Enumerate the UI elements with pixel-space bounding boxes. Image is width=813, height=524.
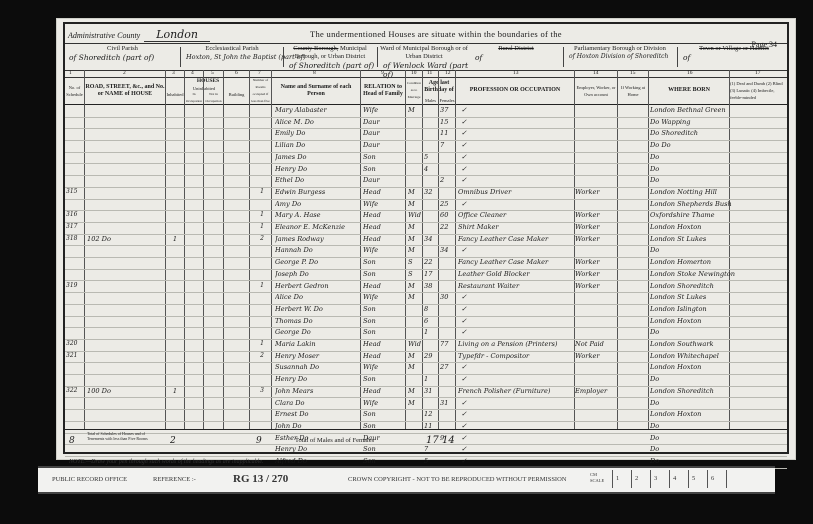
cell-cond: M (408, 363, 424, 371)
cell-inh: 1 (170, 235, 180, 243)
scale-mark: 3 (654, 475, 657, 482)
cell-relation: Wife (363, 293, 403, 301)
cell-cond: M (408, 200, 424, 208)
cell-born: Oxfordshire Thame (650, 211, 756, 219)
check-mark-icon: ✓ (461, 317, 467, 325)
cell-male: 1 (424, 375, 438, 383)
cell-relation: Head (363, 211, 403, 219)
cell-male: 12 (424, 410, 438, 418)
scale-mark: 4 (673, 475, 676, 482)
cell-occ: Fancy Leather Case Maker (458, 235, 574, 243)
cell-male: 17 (424, 270, 438, 278)
total-females: 14 (442, 435, 455, 446)
check-mark-icon: ✓ (461, 200, 467, 208)
cell-rooms: 2 (256, 235, 268, 242)
cell-emp: Employer (575, 387, 615, 395)
totals-row: 8 Total of Schedules of Houses and of Te… (65, 429, 787, 452)
rural-district: Rural District of (471, 43, 561, 70)
archive-footer: PUBLIC RECORD OFFICE REFERENCE :- RG 13 … (38, 466, 775, 494)
cell-female: 31 (440, 399, 454, 407)
cell-born: Do (650, 457, 756, 465)
cell-occ: Restaurant Waiter (458, 282, 574, 290)
col-infirmity: (1) Deaf and Dumb (2) Blind (3) Lunatic … (730, 77, 788, 104)
cell-emp: Worker (575, 235, 615, 243)
cell-sched: 320 (66, 340, 82, 347)
cell-emp: Worker (575, 188, 615, 196)
cell-cond: M (408, 188, 424, 196)
cell-relation: Son (363, 153, 403, 161)
municipal-value: of Shoreditch (part of) (285, 61, 375, 70)
column-number: 6 (235, 70, 238, 76)
cell-relation: Son (363, 258, 403, 266)
cell-emp: Worker (575, 270, 615, 278)
cell-female: 27 (440, 363, 454, 371)
check-mark-icon: ✓ (461, 153, 467, 161)
column-number: 14 (593, 70, 599, 76)
reference-label: REFERENCE :- (153, 476, 196, 483)
cell-relation: Daur (363, 118, 403, 126)
cell-female: 77 (440, 340, 454, 348)
cell-sched: 316 (66, 211, 82, 218)
col-occupation: PROFESSION OR OCCUPATION (456, 77, 574, 104)
census-form: Administrative CountyLondon The undermen… (63, 22, 789, 454)
col-in-occupation: In Occupation (185, 92, 203, 104)
cell-born: London St Lukes (650, 235, 756, 243)
column-headings: No. of Schedule ROAD, STREET, &c., and N… (65, 77, 787, 105)
column-number: 11 (427, 70, 432, 76)
reference-number: RG 13 / 270 (233, 473, 288, 485)
cell-male: 22 (424, 258, 438, 266)
scale-mark: 5 (692, 475, 695, 482)
cell-male: 1 (424, 328, 438, 336)
scale-label: CM SCALE (590, 472, 608, 484)
cell-occ: French Polisher (Furniture) (458, 387, 574, 395)
total-males: 17 (426, 435, 439, 446)
col-born: WHERE BORN (649, 77, 729, 104)
cell-born: Do (650, 328, 756, 336)
total-schedules: 8 (69, 436, 75, 446)
check-mark-icon: ✓ (461, 399, 467, 407)
check-mark-icon: ✓ (461, 375, 467, 383)
cell-born: London Hoxton (650, 410, 756, 418)
cell-born: London Hoxton (650, 223, 756, 231)
copyright-notice: CROWN COPYRIGHT - NOT TO BE REPRODUCED W… (348, 476, 567, 483)
cell-relation: Head (363, 282, 403, 290)
check-mark-icon: ✓ (461, 118, 467, 126)
cell-cond: S (408, 258, 424, 266)
cell-male: 5 (424, 153, 438, 161)
cell-relation: Wife (363, 106, 403, 114)
cell-emp: Worker (575, 282, 615, 290)
parl-label: Parliamentary Borough or Division (565, 45, 675, 53)
cell-occ: Omnibus Driver (458, 188, 574, 196)
cell-cond: M (408, 387, 424, 395)
cell-relation: Son (363, 375, 403, 383)
cell-cond: M (408, 282, 424, 290)
col-not-in-occupation: Not in Occupation (204, 92, 223, 104)
cell-relation: Wife (363, 246, 403, 254)
cell-emp: Worker (575, 352, 615, 360)
col-employer: Employer, Worker, or Own account (575, 77, 617, 104)
col-building: Building (224, 85, 249, 104)
cell-born: Do (650, 153, 756, 161)
scale-mark: 1 (616, 475, 619, 482)
admin-county-value: London (144, 28, 210, 42)
cell-born: London Bethnal Green (650, 106, 756, 114)
check-mark-icon: ✓ (461, 457, 467, 465)
cell-born: London Whitechapel (650, 352, 756, 360)
cell-relation: Daur (363, 176, 403, 184)
municipal-label-struck: County Borough, (293, 45, 338, 52)
cell-emp: Worker (575, 258, 615, 266)
scale-mark: 2 (635, 475, 638, 482)
cell-relation: Head (363, 223, 403, 231)
town-value: of (679, 53, 789, 62)
scale-mark: 6 (711, 475, 714, 482)
cell-female: 25 (440, 200, 454, 208)
cell-relation: Son (363, 305, 403, 313)
check-mark-icon: ✓ (461, 176, 467, 184)
eccl-parish-label: Ecclesiastical Parish (182, 45, 282, 53)
ward-label: Ward of Municipal Borough or of Urban Di… (379, 45, 469, 61)
cell-rooms: 2 (256, 352, 268, 359)
cell-sched: 318 (66, 235, 82, 242)
cell-cond: S (408, 270, 424, 278)
cell-relation: Daur (363, 129, 403, 137)
col-relation: RELATION to Head of Family (361, 77, 405, 104)
cell-born: Do Shoreditch (650, 129, 756, 137)
cell-relation: Wife (363, 363, 403, 371)
cell-born: London Stoke Newington (650, 270, 756, 278)
cell-rooms: 1 (256, 211, 268, 218)
column-number: 10 (411, 70, 417, 76)
admin-county-label: Administrative County (68, 31, 140, 40)
eccl-parish-value: Hoxton, St John the Baptist (part of) (182, 53, 282, 61)
cell-relation: Wife (363, 200, 403, 208)
col-schedule: No. of Schedule (65, 77, 84, 104)
check-mark-icon: ✓ (461, 106, 467, 114)
cell-born: Do (650, 375, 756, 383)
cell-rooms: 3 (256, 387, 268, 394)
column-number: 7 (258, 70, 261, 76)
total-persons-label: Total of Males and of Females (295, 437, 374, 444)
cell-emp: Not Paid (575, 340, 615, 348)
total-rooms: 9 (256, 436, 262, 446)
cell-rooms: 1 (256, 223, 268, 230)
parl-value: of Hoxton Division of Shoreditch (565, 53, 675, 60)
district-header: Civil Parish of Shoreditch (part of) Ecc… (65, 43, 787, 71)
cell-relation: Son (363, 410, 403, 418)
cell-relation: Wife (363, 399, 403, 407)
cell-born: Do (650, 176, 756, 184)
rural-label: Rural District (471, 45, 561, 53)
cell-occ: Fancy Leather Case Maker (458, 258, 574, 266)
column-number: 8 (313, 70, 316, 76)
cell-born: Do Do (650, 141, 756, 149)
parliamentary-borough: Parliamentary Borough or Division of Hox… (565, 43, 675, 70)
cell-relation: Son (363, 328, 403, 336)
check-mark-icon: ✓ (461, 293, 467, 301)
cell-cond: M (408, 399, 424, 407)
cell-sched: 315 (66, 188, 82, 195)
cell-rooms: 1 (256, 282, 268, 289)
office-label: PUBLIC RECORD OFFICE (52, 476, 127, 483)
cell-inh: 1 (170, 387, 180, 395)
cell-road: 102 Do (87, 235, 142, 243)
check-mark-icon: ✓ (461, 305, 467, 313)
check-mark-icon: ✓ (461, 410, 467, 418)
cell-male: 5 (424, 457, 438, 465)
cell-cond: Wid (408, 340, 424, 348)
column-number: 2 (123, 70, 126, 76)
column-number: 4 (191, 70, 194, 76)
cell-born: London Homerton (650, 258, 756, 266)
col-females: Females (439, 96, 455, 104)
cell-female: 30 (440, 293, 454, 301)
cell-cond: M (408, 223, 424, 231)
cell-relation: Son (363, 457, 403, 465)
cell-male: 29 (424, 352, 438, 360)
col-males: Males (423, 96, 438, 104)
cell-rooms: 1 (256, 340, 268, 347)
check-mark-icon: ✓ (461, 328, 467, 336)
cell-born: London Hoxton (650, 317, 756, 325)
cell-cond: M (408, 246, 424, 254)
cell-male: 34 (424, 235, 438, 243)
cell-sched: 322 (66, 387, 82, 394)
cell-female: 15 (440, 118, 454, 126)
town-village: Town or Village or Hamlet of (679, 43, 789, 70)
cell-relation: Head (363, 235, 403, 243)
cell-female: 60 (440, 211, 454, 219)
ecclesiastical-parish: Ecclesiastical Parish Hoxton, St John th… (182, 43, 282, 70)
cell-born: Do (650, 165, 756, 173)
cell-sched: 321 (66, 352, 82, 359)
cell-occ: Shirt Maker (458, 223, 574, 231)
col-age: Age last Birthday of (423, 77, 455, 96)
col-rooms: Number of Rooms occupied if less than fi… (250, 77, 271, 104)
cell-occ: Leather Gold Blocker (458, 270, 574, 278)
cell-female: 11 (440, 129, 454, 137)
cell-born: London St Lukes (650, 293, 756, 301)
check-mark-icon: ✓ (461, 363, 467, 371)
cell-relation: Head (363, 387, 403, 395)
cell-relation: Son (363, 317, 403, 325)
cell-road: 100 Do (87, 387, 142, 395)
cell-male: 4 (424, 165, 438, 173)
column-number: 12 (445, 70, 451, 76)
col-road: ROAD, STREET, &c., and No. or NAME of HO… (85, 77, 165, 104)
cell-cond: M (408, 352, 424, 360)
cell-relation: Son (363, 270, 403, 278)
cell-female: 7 (440, 141, 454, 149)
column-number: 13 (513, 70, 519, 76)
column-number: 9 (381, 70, 384, 76)
cell-born: London Islington (650, 305, 756, 313)
column-number: 1 (69, 70, 72, 76)
cell-cond: M (408, 106, 424, 114)
cell-cond: M (408, 293, 424, 301)
column-number: 17 (755, 70, 761, 76)
census-page: Administrative CountyLondon The undermen… (56, 18, 796, 460)
cell-relation: Head (363, 188, 403, 196)
civil-parish: Civil Parish of Shoreditch (part of) (65, 43, 180, 70)
cell-relation: Daur (363, 141, 403, 149)
cell-born: Do (650, 399, 756, 407)
cell-rooms: 1 (256, 188, 268, 195)
cell-relation: Son (363, 165, 403, 173)
cell-occ: Typefdr - Compositor (458, 352, 574, 360)
col-houses: HOUSES (166, 77, 250, 85)
cell-male: 31 (424, 387, 438, 395)
municipal-borough: County Borough, Municipal Borough, or Ur… (285, 43, 375, 70)
col-condition: Condition as to Marriage (406, 77, 422, 104)
cell-male: 8 (424, 305, 438, 313)
cell-born: London Shoreditch (650, 387, 756, 395)
cell-female: 2 (440, 176, 454, 184)
cell-emp: Worker (575, 223, 615, 231)
civil-parish-label: Civil Parish (65, 45, 180, 53)
col-name: Name and Surname of each Person (272, 77, 360, 104)
cell-male: 38 (424, 282, 438, 290)
cell-born: Do (650, 246, 756, 254)
cell-born: London Notting Hill (650, 188, 756, 196)
boundary-notice: The undermentioned Houses are situate wi… (310, 29, 562, 39)
cell-occ: Office Cleaner (458, 211, 574, 219)
ward: Ward of Municipal Borough or of Urban Di… (379, 43, 469, 70)
town-label: Town or Village or Hamlet (679, 45, 789, 53)
cell-relation: Head (363, 352, 403, 360)
check-mark-icon: ✓ (461, 246, 467, 254)
cell-sched: 317 (66, 223, 82, 230)
civil-parish-value: of Shoreditch (part of) (65, 53, 180, 62)
cell-born: London Southwark (650, 340, 756, 348)
column-number: 5 (211, 70, 214, 76)
form-note: NOTE.—Draw your pen through such words o… (69, 459, 264, 465)
cell-female: 34 (440, 246, 454, 254)
cell-emp: Worker (575, 211, 615, 219)
cell-sched: 319 (66, 282, 82, 289)
check-mark-icon: ✓ (461, 129, 467, 137)
column-number: 16 (687, 70, 693, 76)
cell-male: 32 (424, 188, 438, 196)
check-mark-icon: ✓ (461, 141, 467, 149)
cell-female: 22 (440, 223, 454, 231)
total-inhabited: 2 (170, 436, 176, 446)
cell-born: London Shoreditch (650, 282, 756, 290)
cell-female: 37 (440, 106, 454, 114)
cell-born: London Hoxton (650, 363, 756, 371)
cell-cond: M (408, 235, 424, 243)
check-mark-icon: ✓ (461, 165, 467, 173)
col-home: If Working at Home (618, 77, 648, 104)
cell-male: 6 (424, 317, 438, 325)
column-number: 15 (630, 70, 636, 76)
total-houses-label: Total of Schedules of Houses and of Tene… (87, 431, 163, 441)
cell-relation: Head (363, 340, 403, 348)
cell-born: London Shepherds Bush (650, 200, 756, 208)
rural-value: of (471, 53, 561, 62)
column-number: 3 (172, 70, 175, 76)
cell-cond: Wid (408, 211, 424, 219)
col-inhabited: Inhabited (166, 85, 184, 104)
form-title-bar: Administrative CountyLondon The undermen… (65, 24, 787, 44)
cell-occ: Living on a Pension (Printers) (458, 340, 574, 348)
cell-born: Do Wapping (650, 118, 756, 126)
admin-county: Administrative CountyLondon (68, 28, 210, 41)
